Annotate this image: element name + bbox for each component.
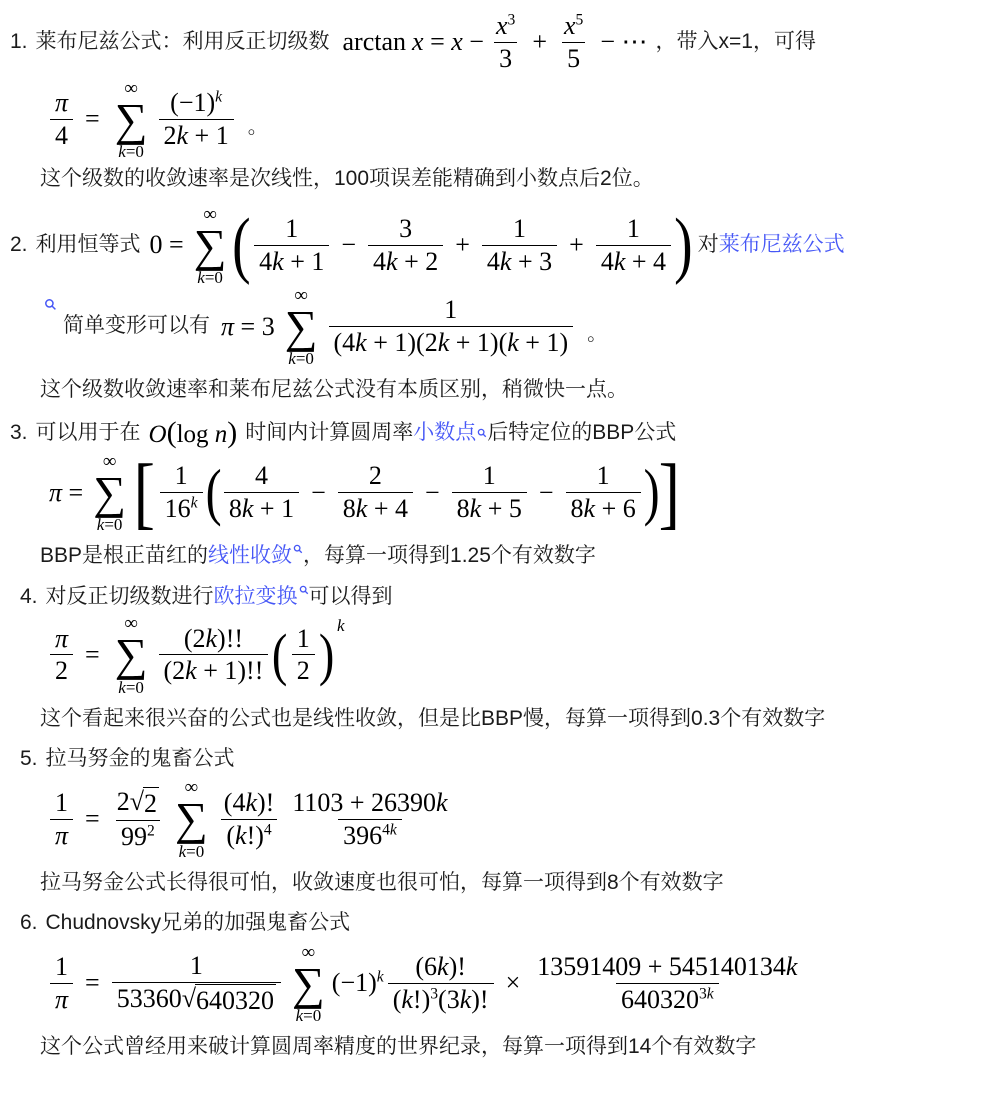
math-token: x = x − <box>412 27 484 57</box>
sign-term: (−1)k <box>332 968 384 998</box>
formula-ramanujan: 1 π = 2√2 992 ∞ ∑ k=0 (4k)! (k!)4 1103 +… <box>46 778 999 859</box>
denominator: 3 <box>494 42 517 75</box>
big-bracket-left: [ <box>134 455 155 531</box>
denominator: 6403203k <box>616 983 719 1016</box>
formula-identity: 0 = ∞ ∑ k=0 ( 14k + 1 − 34k + 2 + 14k + … <box>147 205 692 286</box>
math-operator: − ⋯ <box>600 27 647 57</box>
search-icon[interactable] <box>293 536 303 559</box>
list-number: 2. <box>10 230 28 260</box>
search-icon[interactable] <box>477 428 487 438</box>
item-text: 时间内计算圆周率 <box>245 418 413 448</box>
item-text: 后特定位的BBP公式 <box>487 418 676 448</box>
denominator: 5 <box>562 42 585 75</box>
list-number: 3. <box>10 418 28 448</box>
fraction: 1 (4k + 1)(2k + 1)(k + 1) <box>329 294 574 359</box>
link-decimal-point[interactable]: 小数点 <box>413 418 476 448</box>
numerator: (−1)k <box>165 87 227 119</box>
numerator: 2√2 <box>112 786 164 820</box>
math-operator: + <box>532 27 547 57</box>
list-item-6: 6.Chudnovsky兄弟的加强鬼畜公式 <box>20 908 999 938</box>
link-euler-transform[interactable]: 欧拉变换 <box>214 585 298 608</box>
big-paren-left: ( <box>272 627 287 682</box>
formula-olog: O(log n) <box>149 416 238 451</box>
fraction: π 4 <box>50 87 73 152</box>
item-text: 拉马努金的鬼畜公式 <box>46 747 235 770</box>
math-function: arctan <box>343 27 407 57</box>
summation: ∞ ∑ k=0 <box>115 614 148 695</box>
fraction: x3 3 <box>491 10 520 75</box>
article-body: 1. 莱布尼兹公式：利用反正切级数 arctan x = x − x3 3 + … <box>0 0 999 1062</box>
item-text: 可以用于在 <box>36 418 141 448</box>
times-sign: × <box>506 968 521 998</box>
denominator: 53360√640320 <box>112 982 281 1017</box>
big-bracket-right: ] <box>659 455 680 531</box>
math-token: 0 = <box>150 230 184 260</box>
list-item-5: 5.拉马努金的鬼畜公式 <box>20 744 999 774</box>
list-item-2-continued: 简单变形可以有 π = 3 ∞ ∑ k=0 1 (4k + 1)(2k + 1)… <box>44 286 999 367</box>
summation: ∞ ∑ k=0 <box>115 79 148 160</box>
equals-sign: = <box>85 104 100 134</box>
note-text: 这个级数收敛速率和莱布尼兹公式没有本质区别，稍微快一点。 <box>40 375 999 405</box>
formula-pi-3sum: π = 3 ∞ ∑ k=0 1 (4k + 1)(2k + 1)(k + 1) … <box>218 286 607 367</box>
note-text: 这个看起来很兴奋的公式也是线性收敛，但是比BBP慢，每算一项得到0.3个有效数字 <box>40 704 999 734</box>
big-paren-left: ( <box>233 210 251 280</box>
denominator: 992 <box>116 820 160 853</box>
sum-lower-limit: k=0 <box>118 143 144 160</box>
summation: ∞ ∑ k=0 <box>93 452 126 533</box>
formula-bbp: π = ∞ ∑ k=0 [ 1 16k ( 48k + 1 − 28k + 4 … <box>46 452 999 533</box>
sigma-symbol: ∑ <box>175 798 208 840</box>
item-text: 莱布尼兹公式：利用反正切级数 <box>36 27 330 57</box>
summation: ∞ ∑ k=0 <box>285 286 318 367</box>
list-number: 1. <box>10 27 28 57</box>
denominator: (k!)4 <box>221 819 276 852</box>
item-text: 对反正切级数进行 <box>46 585 214 608</box>
search-icon[interactable] <box>299 577 309 600</box>
numerator: x5 <box>559 10 588 42</box>
fraction: x5 5 <box>559 10 588 75</box>
summation: ∞ ∑ k=0 <box>194 205 227 286</box>
fraction: (−1)k 2k + 1 <box>159 87 234 152</box>
sigma-symbol: ∑ <box>292 963 325 1005</box>
link-leibniz-formula[interactable]: 莱布尼兹公式 <box>719 230 845 260</box>
item-text: 可以得到 <box>309 585 393 608</box>
note-text: 拉马努金公式长得很可怕，收敛速度也很可怕，每算一项得到8个有效数字 <box>40 868 999 898</box>
exponent: k <box>337 616 345 636</box>
note-text: 这个公式曾经用来破计算圆周率精度的世界纪录，每算一项得到14个有效数字 <box>40 1032 999 1062</box>
list-item-3: 3. 可以用于在 O(log n) 时间内计算圆周率小数点后特定位的BBP公式 <box>10 416 999 451</box>
sigma-symbol: ∑ <box>285 306 318 348</box>
big-paren-right: ) <box>674 210 692 280</box>
sigma-symbol: ∑ <box>194 225 227 267</box>
formula-leibniz: π 4 = ∞ ∑ k=0 (−1)k 2k + 1 。 <box>46 79 999 160</box>
list-number: 5. <box>20 747 38 770</box>
big-paren-left: ( <box>205 462 221 523</box>
list-item-4: 4.对反正切级数进行欧拉变换可以得到 <box>20 582 999 612</box>
sigma-symbol: ∑ <box>93 472 126 514</box>
numerator: x3 <box>491 10 520 42</box>
numerator: π <box>50 87 73 119</box>
formula-arctan: arctan x = x − x3 3 + x5 5 − ⋯ <box>340 10 656 75</box>
note-text: BBP是根正苗红的线性收敛，每算一项得到1.25个有效数字 <box>40 541 999 571</box>
item-text: ，带入x=1，可得 <box>656 27 816 57</box>
denominator: 16k <box>160 492 203 525</box>
denominator: 2k + 1 <box>159 119 234 152</box>
item-text: 对 <box>698 230 719 260</box>
item-text: 简单变形可以有 <box>63 311 210 341</box>
summation: ∞ ∑ k=0 <box>292 943 325 1024</box>
sigma-symbol: ∑ <box>115 99 148 141</box>
item-text: 利用恒等式 <box>36 230 141 260</box>
denominator: 4 <box>50 119 73 152</box>
big-paren-right: ) <box>643 462 659 523</box>
denominator: (k!)3(3k)! <box>388 983 494 1016</box>
big-paren-right: ) <box>319 627 334 682</box>
sentence-period: 。 <box>587 323 607 346</box>
formula-chudnovsky: 1 π = 1 53360√640320 ∞ ∑ k=0 (−1)k (6k)!… <box>46 943 999 1024</box>
formula-euler: π 2 = ∞ ∑ k=0 (2k)!! (2k + 1)!! ( 1 2 ) … <box>46 614 999 695</box>
denominator: 3964k <box>338 819 402 852</box>
list-number: 6. <box>20 911 38 934</box>
summation: ∞ ∑ k=0 <box>175 778 208 859</box>
math-token: π = 3 <box>221 312 275 342</box>
sentence-period: 。 <box>248 116 268 139</box>
note-text: 这个级数的收敛速率是次线性，100项误差能精确到小数点后2位。 <box>40 164 999 194</box>
item-text: Chudnovsky兄弟的加强鬼畜公式 <box>46 911 351 934</box>
search-icon[interactable] <box>44 290 57 320</box>
list-item-2: 2. 利用恒等式 0 = ∞ ∑ k=0 ( 14k + 1 − 34k + 2… <box>10 205 999 286</box>
sigma-symbol: ∑ <box>115 634 148 676</box>
list-item-1: 1. 莱布尼兹公式：利用反正切级数 arctan x = x − x3 3 + … <box>10 10 999 75</box>
link-linear-convergence[interactable]: 线性收敛 <box>208 544 292 567</box>
list-number: 4. <box>20 585 38 608</box>
